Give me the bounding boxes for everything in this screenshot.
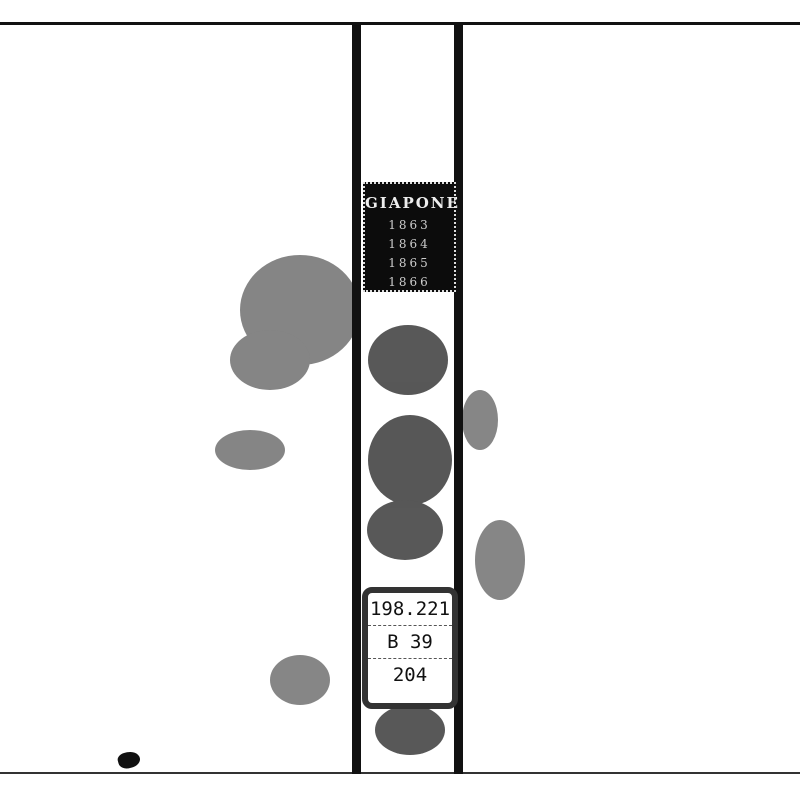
spine-title-label: GIAPONE 1863 1864 1865 1866: [363, 182, 456, 292]
spine-year: 1863: [365, 216, 454, 235]
book-scan: GIAPONE 1863 1864 1865 1866 198.221 B 39…: [0, 0, 800, 800]
shelf-mark-line: 198.221: [368, 593, 452, 626]
spine-title: GIAPONE: [365, 194, 454, 212]
bottom-edge: [0, 772, 800, 774]
top-edge: [0, 22, 800, 25]
shelf-mark-line: 204: [368, 659, 452, 691]
spine-left-edge: [352, 24, 361, 774]
shelf-mark-label: 198.221 B 39 204: [362, 587, 458, 709]
spine-years: 1863 1864 1865 1866: [365, 216, 454, 292]
spine-year: 1865: [365, 254, 454, 273]
spine-year: 1864: [365, 235, 454, 254]
spine-year: 1866: [365, 273, 454, 292]
shelf-mark-line: B 39: [368, 626, 452, 659]
